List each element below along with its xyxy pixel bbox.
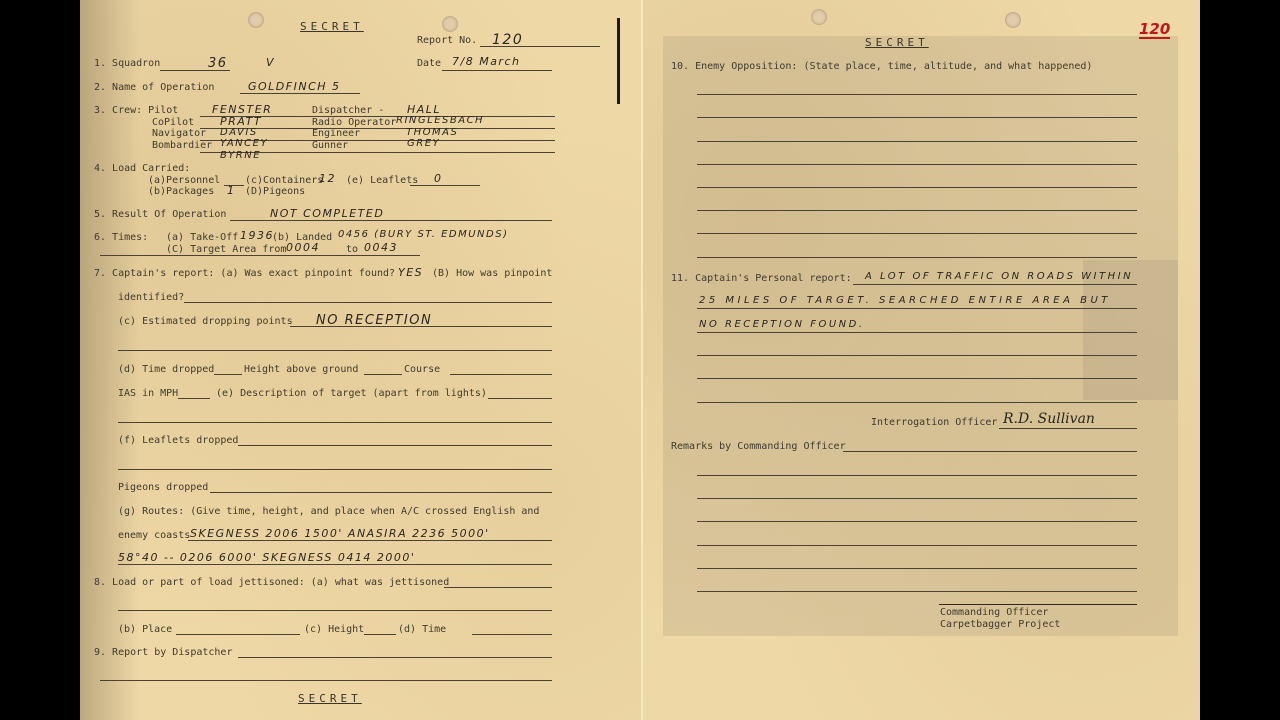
times-label: 6. Times: [94,232,148,243]
takeoff-label: (a) Take-Off [166,232,238,243]
pigeons-label: (D)Pigeons [245,186,305,197]
personnel-label: (a)Personnel [148,175,220,186]
operation-value: GOLDFINCH 5 [248,80,341,93]
time-dropped-label: (d) Time dropped [118,364,214,375]
pigeons-dropped-label: Pigeons dropped [118,482,208,493]
result-value: NOT COMPLETED [270,207,384,220]
squadron-check: v [266,56,275,69]
interrogation-officer-signature: R.D. Sullivan [1003,411,1095,427]
personal-report-label: 11. Captain's Personal report: [671,273,852,284]
report-page-front: SECRET Report No. 120 1. Squadron 36 v D… [80,0,642,720]
result-label: 5. Result Of Operation [94,209,226,220]
leaflets-dropped-label: (f) Leaflets dropped [118,435,238,446]
target-to-label: to [346,244,358,255]
ias-label: IAS in MPH [118,388,178,399]
commanding-officer-label: Commanding Officer [940,607,1048,618]
punch-hole [248,12,264,28]
jettisoned-time-label: (d) Time [398,624,446,635]
report-page-back: SECRET 10. Enemy Opposition: (State plac… [643,0,1200,720]
date-value: 7/8 March [452,55,520,68]
navigator-label: Navigator [152,128,206,139]
classification-footer: SECRET [298,692,362,705]
copilot-label: CoPilot [152,117,194,128]
crew-navigator: DAVIS [220,127,258,138]
crew-bombardier: YANCEY [220,138,268,149]
crew-label: 3. Crew: Pilot [94,105,178,116]
engineer-label: Engineer [312,128,360,139]
personal-report-line-1: A LOT OF TRAFFIC ON ROADS WITHIN [865,271,1133,282]
crew-bombardier-extra: BYRNE [220,150,261,161]
pinpoint-how-label: (B) How was pinpoint [432,268,552,279]
punch-hole [442,16,458,32]
target-area-label: (C) Target Area from [166,244,286,255]
crew-gunner: GREY [407,138,440,149]
captains-report-label: 7. Captain's report: (a) Was exact pinpo… [94,268,395,279]
radio-operator-label: Radio Operator [312,117,396,128]
report-no-label: Report No. [417,35,477,46]
identified-label: identified? [118,292,184,303]
pinpoint-found-value: YES [398,266,423,279]
enemy-coasts-label: enemy coasts [118,530,190,541]
landed-value: 0456 (BURY ST. EDMUNDS) [338,229,508,240]
punch-hole [1005,12,1021,28]
margin-bar [617,18,620,104]
takeoff-value: 1936 [240,229,274,242]
interrogation-officer-label: Interrogation Officer [871,417,997,428]
jettisoned-height-label: (c) Height [304,624,364,635]
dispatcher-label: Dispatcher - [312,105,384,116]
enemy-opposition-label: 10. Enemy Opposition: (State place, time… [671,61,1092,72]
date-label: Date [417,58,441,69]
target-from-value: 0004 [286,241,320,254]
personal-report-line-2: 25 MILES OF TARGET. SEARCHED ENTIRE AREA… [699,295,1111,306]
operation-label: 2. Name of Operation [94,82,214,93]
height-above-ground-label: Height above ground [244,364,358,375]
project-label: Carpetbagger Project [940,619,1060,630]
commanding-officer-signature-line [939,604,1137,605]
punch-hole [811,9,827,25]
gunner-label: Gunner [312,140,348,151]
containers-label: (c)Containers [245,175,323,186]
remarks-label: Remarks by Commanding Officer [671,441,846,452]
jettisoned-place-label: (b) Place [118,624,172,635]
leaflets-label: (e) Leaflets [346,175,418,186]
target-to-value: 0043 [364,241,398,254]
packages-label: (b)Packages [148,186,214,197]
bombardier-label: Bombardier [152,140,212,151]
classification-header: SECRET [865,36,929,49]
classification-header: SECRET [300,20,364,33]
routes-line-1: SKEGNESS 2006 1500' ANASIRA 2236 5000' [190,527,490,540]
report-number-badge: 120 [1139,22,1170,39]
dispatcher-report-label: 9. Report by Dispatcher [94,647,232,658]
description-label: (e) Description of target (apart from li… [216,388,487,399]
crew-radio-operator: RINGLESBACH [396,115,484,126]
crew-engineer: THOMAS [406,127,458,138]
squadron-label: 1. Squadron [94,58,160,69]
personal-report-line-3: NO RECEPTION FOUND. [699,319,865,330]
load-label: 4. Load Carried: [94,163,190,174]
packages-value: 1 [227,184,236,197]
routes-line-2: 58°40 -- 0206 6000' SKEGNESS 0414 2000' [118,551,415,564]
leaflets-value: 0 [434,172,443,185]
containers-value: 12 [319,172,336,185]
squadron-value: 36 [208,56,228,71]
course-label: Course [404,364,440,375]
routes-label: (g) Routes: (Give time, height, and plac… [118,506,539,517]
jettisoned-label: 8. Load or part of load jettisoned: (a) … [94,577,449,588]
est-dropping-label: (c) Estimated dropping points [118,316,293,327]
